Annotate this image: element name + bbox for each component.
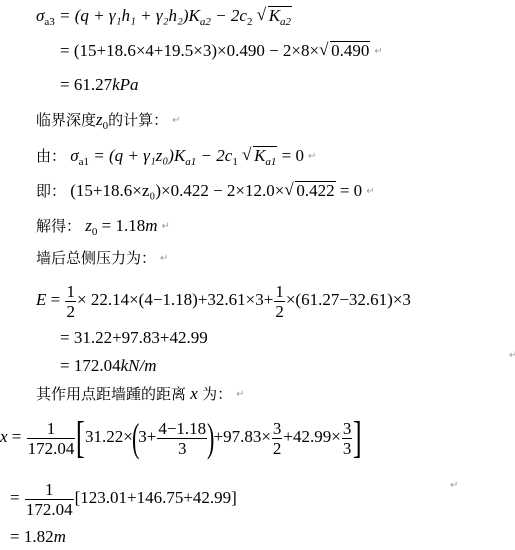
return-mark-icon: ↵: [450, 480, 458, 491]
fraction: 32: [272, 419, 283, 458]
critical-depth-heading: 临界深度z0的计算：↵: [36, 110, 181, 131]
equation-sigma-a3-substitution: = (15+18.6×4+19.5×3)×0.490 − 2×8×0.490↵: [60, 41, 383, 62]
return-mark-icon: ↵: [366, 186, 374, 197]
equation-action-point-result: = 1.82m: [10, 527, 66, 547]
equation-total-pressure-sum: = 31.22+97.83+42.99: [60, 328, 208, 348]
equation-total-pressure-E: E = 12× 22.14×(4−1.18)+32.61×3+12×(61.27…: [36, 280, 411, 321]
return-mark-icon: ↵: [308, 151, 316, 162]
left-paren: (: [132, 418, 139, 458]
fraction: 4−1.183: [157, 419, 207, 458]
sqrt-symbol: 0.422: [284, 181, 335, 201]
right-paren: ): [207, 418, 214, 458]
action-point-heading: 其作用点距墙踵的距离 x 为：↵: [36, 384, 244, 405]
return-mark-icon: ↵: [162, 221, 170, 232]
equation-action-point-sum: = 1172.04[123.01+146.75+42.99]: [10, 478, 237, 519]
fraction: 1172.04: [25, 480, 74, 519]
right-bracket: ]: [353, 416, 362, 460]
equation-sigma-a3-definition: σa3 = (q + γ₁h₁ + γ₂h₂)Ka2 − 2c2 Ka2: [36, 6, 292, 26]
equation-z0-substitution: 即： (15+18.6×z₀)×0.422 − 2×12.0×0.422 = 0…: [36, 181, 375, 202]
total-pressure-heading: 墙后总侧压力为：↵: [36, 248, 168, 269]
return-mark-icon: ↵: [172, 115, 180, 126]
fraction: 12: [274, 282, 285, 321]
return-mark-icon: ↵: [374, 46, 382, 57]
return-mark-icon: ↵: [236, 389, 244, 400]
equation-sigma-a1-zero: 由： σa1 = (q + γ₁z₀)Ka1 − 2c1 Ka1 = 0↵: [36, 146, 316, 167]
equation-sigma-a3-result: = 61.27kPa: [60, 75, 139, 95]
fraction: 1172.04: [27, 419, 76, 458]
equation-action-point-x: x = 1172.04[31.22×(3+4−1.183)+97.83×32+4…: [0, 414, 362, 460]
fraction: 33: [342, 419, 353, 458]
equation-z0-result: 解得： z0 = 1.18m↵: [36, 216, 170, 237]
fraction: 12: [65, 282, 76, 321]
sqrt-symbol: 0.490: [319, 41, 370, 61]
return-mark-icon: ↵: [160, 253, 168, 264]
sqrt-symbol: Ka2: [257, 6, 292, 26]
left-bracket: [: [76, 416, 85, 460]
equation-total-pressure-result: = 172.04kN/m: [60, 356, 156, 376]
sqrt-symbol: Ka1: [242, 146, 277, 166]
return-mark-icon: ↵: [509, 350, 515, 361]
